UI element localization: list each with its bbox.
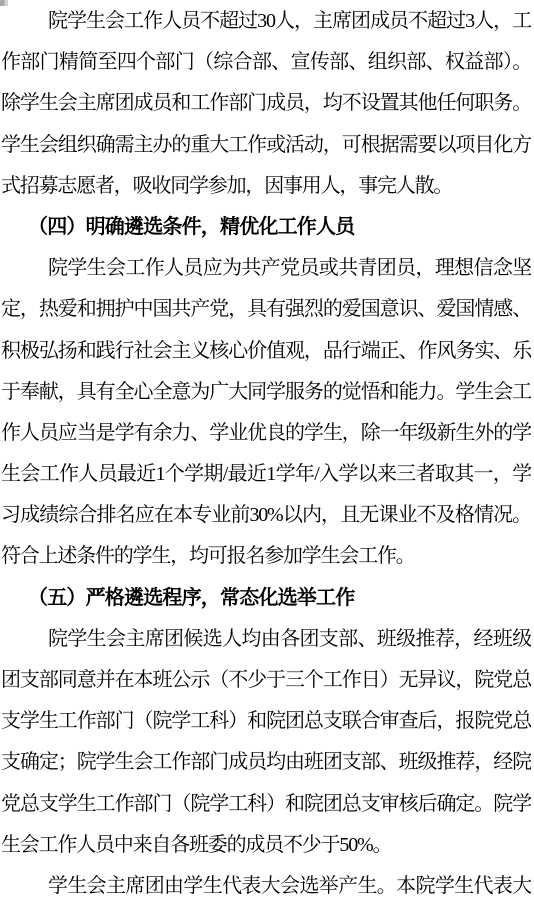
text-line: 院学生会主席团候选人均由各团支部、班级推荐，经班级: [1, 619, 531, 660]
text-line: 定，热爱和拥护中国共产党，具有强烈的爱国意识、爱国情感、: [1, 289, 531, 330]
section-heading: （四）明确遴选条件，精优化工作人员: [1, 207, 531, 248]
text-line: 除学生会主席团成员和工作部门成员，均不设置其他任何职务。: [1, 83, 531, 124]
text-line: 积极弘扬和践行社会主义核心价值观，品行端正、作风务实、乐: [1, 331, 531, 372]
paragraph: 院学生会主席团候选人均由各团支部、班级推荐，经班级 团支部同意并在本班公示（不少…: [1, 619, 531, 866]
text-line: 支确定；院学生会工作部门成员均由班团支部、班级推荐，经院: [1, 742, 531, 783]
text-line: 团支部同意并在本班公示（不少于三个工作日）无异议，院党总: [1, 660, 531, 701]
text-line: 学生会组织确需主办的重大工作或活动，可根据需要以项目化方: [1, 125, 531, 166]
text-line: 作人员应当是学有余力、学业优良的学生，除一年级新生外的学: [1, 413, 531, 454]
section-heading: （五）严格遴选程序，常态化选举工作: [1, 578, 531, 619]
text-line: 院学生会工作人员应为共产党员或共青团员，理想信念坚: [1, 248, 531, 289]
text-line: 党总支学生工作部门（院学工科）和院团总支审核后确定。院学: [1, 784, 531, 825]
paragraph: 院学生会工作人员不超过30人，主席团成员不超过3人，工 作部门精简至四个部门（综…: [1, 1, 531, 207]
corner-artifact-fragment: [0, 0, 8, 6]
document-page[interactable]: 院学生会工作人员不超过30人，主席团成员不超过3人，工 作部门精简至四个部门（综…: [0, 0, 534, 917]
text-line: 支学生工作部门（院学工科）和院团总支联合审查后，报院党总: [1, 701, 531, 742]
text-line: 生会工作人员中来自各班委的成员不少于50%。: [1, 825, 531, 866]
text-line: 于奉献，具有全心全意为广大同学服务的觉悟和能力。学生会工: [1, 372, 531, 413]
text-line: 式招募志愿者，吸收同学参加，因事用人，事完人散。: [1, 166, 531, 207]
text-line: 院学生会工作人员不超过30人，主席团成员不超过3人，工: [1, 1, 531, 42]
paragraph: 学生会主席团由学生代表大会选举产生。本院学生代表大: [1, 866, 531, 907]
text-line: 生会工作人员最近1个学期/最近1学年/入学以来三者取其一，学: [1, 454, 531, 495]
paragraph: 院学生会工作人员应为共产党员或共青团员，理想信念坚 定，热爱和拥护中国共产党，具…: [1, 248, 531, 578]
text-line: 符合上述条件的学生，均可报名参加学生会工作。: [1, 536, 531, 577]
text-line: 习成绩综合排名应在本专业前30%以内，且无课业不及格情况。: [1, 495, 531, 536]
text-line: 学生会主席团由学生代表大会选举产生。本院学生代表大: [1, 866, 531, 907]
text-line: 作部门精简至四个部门（综合部、宣传部、组织部、权益部）。: [1, 42, 531, 83]
